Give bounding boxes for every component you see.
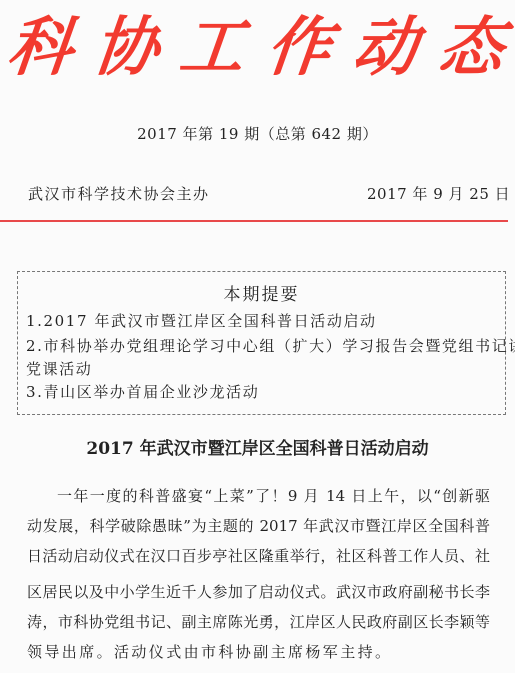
header-divider (0, 220, 508, 222)
masthead-char: 科 (5, 16, 76, 80)
sponsor-label: 武汉市科学技术协会主办 (28, 183, 210, 204)
masthead-char: 工 (177, 16, 248, 80)
issue-number: 2017 年第 19 期（总第 642 期） (0, 123, 515, 144)
article-paragraph-line: 区居民以及中小学生近千人参加了启动仪式。武汉市政府副秘书长李 (27, 582, 490, 602)
summary-item-continuation: 党课活动 (26, 358, 92, 380)
article-title: 2017 年武汉市暨江岸区全国科普日活动启动 (0, 434, 515, 459)
article-paragraph-line: 一年一度的科普盛宴“上菜”了！9 月 14 日上午，以“创新驱 (57, 486, 490, 506)
publish-date: 2017 年 9 月 25 日 (367, 183, 510, 204)
summary-title: 本期提要 (18, 280, 505, 305)
article-paragraph-line: 日活动启动仪式在汉口百步亭社区隆重举行，社区科普工作人员、社 (27, 546, 490, 566)
article-paragraph-line: 涛，市科协党组书记、副主席陈光勇，江岸区人民政府副区长李颖等 (27, 612, 490, 632)
masthead-char: 协 (91, 16, 162, 80)
summary-item: 2.市科协举办党组理论学习中心组（扩大）学习报告会暨党组书记讲 (26, 335, 515, 357)
masthead-char: 动 (349, 16, 420, 80)
summary-item: 1.2017 年武汉市暨江岸区全国科普日活动启动 (26, 310, 377, 332)
masthead-char: 作 (263, 16, 334, 80)
summary-item: 3.青山区举办首届企业沙龙活动 (26, 381, 259, 403)
summary-box: 本期提要 1.2017 年武汉市暨江岸区全国科普日活动启动 2.市科协举办党组理… (17, 271, 506, 415)
article-paragraph-line: 动发展，科学破除愚昧”为主题的 2017 年武汉市暨江岸区全国科普 (27, 516, 490, 536)
masthead-title: 科 协 工 作 动 态 (0, 0, 515, 95)
masthead-char: 态 (436, 16, 507, 80)
article-paragraph-line: 领导出席。活动仪式由市科协副主席杨军主持。 (27, 642, 490, 662)
